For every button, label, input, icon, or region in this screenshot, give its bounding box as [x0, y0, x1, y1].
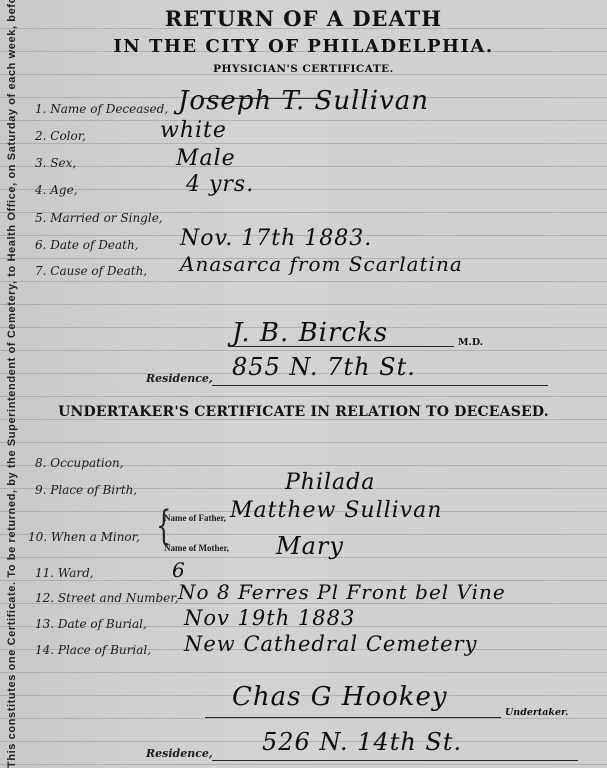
value-cause-of-death: Anasarca from Scarlatina [180, 252, 463, 276]
value-place-of-burial: New Cathedral Cemetery [184, 632, 477, 656]
label-sex: 3. Sex, [35, 156, 76, 170]
physician-signature-line [228, 346, 454, 347]
label-color: 2. Color, [35, 129, 86, 143]
label-undertaker-residence: Residence, [146, 747, 213, 760]
undertaker-certificate-heading: UNDERTAKER'S CERTIFICATE IN RELATION TO … [0, 404, 607, 420]
undertaker-suffix: Undertaker. [505, 707, 569, 718]
document-title: RETURN OF A DEATH [0, 6, 607, 31]
value-sex: Male [176, 146, 236, 171]
value-date-of-burial: Nov 19th 1883 [184, 606, 355, 630]
value-physician-residence: 855 N. 7th St. [232, 353, 416, 381]
label-date-of-death: 6. Date of Death, [35, 238, 139, 252]
physician-certificate-heading: PHYSICIAN'S CERTIFICATE. [0, 63, 607, 75]
physician-residence-line [212, 385, 548, 386]
value-name-of-mother: Mary [276, 532, 344, 560]
label-age: 4. Age, [35, 183, 78, 197]
label-date-of-burial: 13. Date of Burial, [35, 617, 147, 631]
label-ward: 11. Ward, [35, 566, 94, 580]
value-undertaker-residence: 526 N. 14th St. [262, 728, 462, 756]
value-age: 4 yrs. [186, 172, 254, 197]
label-physician-residence: Residence, [146, 372, 213, 385]
label-name-of-mother: Name of Mother, [164, 543, 229, 553]
undertaker-signature: Chas G Hookey [232, 682, 448, 712]
physician-signature: J. B. Bircks [232, 318, 388, 348]
value-place-of-birth: Philada [285, 470, 375, 495]
document-subtitle: IN THE CITY OF PHILADELPHIA. [0, 36, 607, 57]
value-name-of-father: Matthew Sullivan [230, 498, 442, 523]
value-street-and-number: No 8 Ferres Pl Front bel Vine [178, 580, 506, 604]
label-when-a-minor: 10. When a Minor, [28, 530, 140, 544]
label-name-of-deceased: 1. Name of Deceased, [35, 102, 168, 116]
label-cause-of-death: 7. Cause of Death, [35, 264, 147, 278]
label-place-of-birth: 9. Place of Birth, [35, 483, 137, 497]
label-street-and-number: 12. Street and Number, [35, 591, 179, 605]
label-married-or-single: 5. Married or Single, [35, 211, 163, 225]
minor-brace: { [156, 506, 171, 546]
label-name-of-father: Name of Father, [164, 513, 226, 523]
sidebar-instructions: This constitutes one Certificate. To be … [0, 0, 24, 768]
value-name-of-deceased: Joseph T. Sullivan [178, 86, 429, 116]
label-occupation: 8. Occupation, [35, 456, 124, 470]
undertaker-residence-line [212, 760, 578, 761]
value-ward: 6 [172, 558, 186, 582]
md-suffix: M.D. [458, 337, 483, 348]
value-color: white [160, 118, 227, 143]
label-place-of-burial: 14. Place of Burial, [35, 643, 151, 657]
undertaker-signature-line [205, 717, 501, 718]
value-date-of-death: Nov. 17th 1883. [180, 226, 372, 251]
